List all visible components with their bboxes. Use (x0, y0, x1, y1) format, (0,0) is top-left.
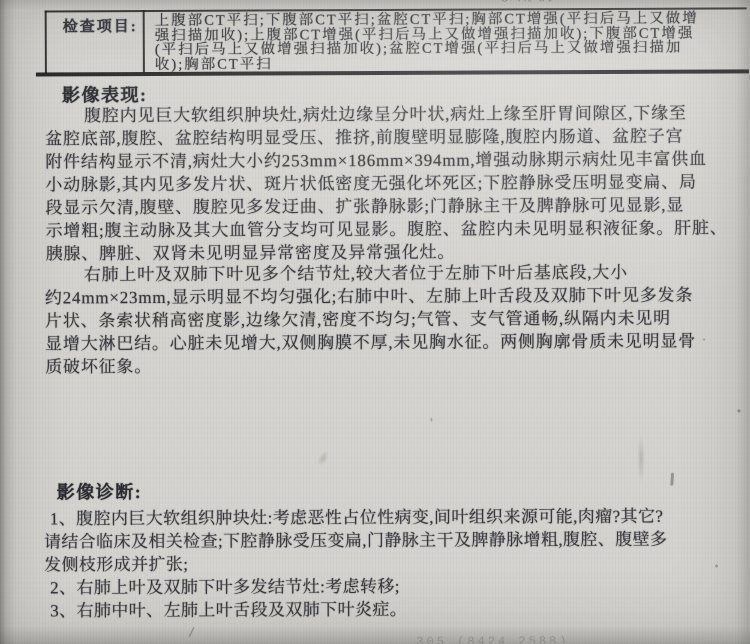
diagnosis-line: 请结合临床及相关检查;下腔静脉受压变扁,门静脉主干及脾静脉增粗,腹腔、腹壁多 (44, 527, 744, 553)
photographed-report-page: -8∶4½ 81 检查项目: 上腹部CT平扫;下腹部CT平扫;盆腔CT平扫;胸部… (0, 0, 750, 644)
findings-line: 小动脉影,其内见多发片状、斑片状低密度无强化坏死区;下腔静脉受压明显变扁、局 (45, 170, 747, 196)
findings-line: 示增粗;腹主动脉及其大血管分支均可见显影。腹腔、盆腔内未见明显积液征象。肝脏、 (46, 216, 748, 242)
exam-items-line: 收);胸部CT平扫 (155, 55, 745, 72)
findings-paragraph-1: 腹腔内见巨大软组织肿块灶,病灶边缘呈分叶状,病灶上缘至肝胃间隙区,下缘至 盆腔底… (45, 101, 748, 265)
diagnosis-line: 3、右肺中叶、左肺上叶舌段及双肺下叶炎症。 (44, 596, 744, 622)
stray-slash-mark: / (188, 625, 194, 642)
findings-line: 右肺上叶及双肺下叶见多个结节灶,较大者位于左肺下叶后基底段,大小 (45, 260, 747, 286)
findings-line: 显增大淋巴结。心脏未见增大,双侧胸膜不厚,未见胸水征。两侧胸廓骨质未见明显骨 (45, 329, 747, 355)
findings-paragraph-2: 右肺上叶及双肺下叶见多个结节灶,较大者位于左肺下叶后基底段,大小 约24mm×2… (45, 260, 747, 378)
speck (737, 409, 740, 412)
exam-items-label: 检查项目: (63, 15, 138, 36)
table-divider-rule (143, 10, 145, 73)
ink-mark (670, 473, 674, 486)
findings-line: 约24mm×23mm,显示明显不均匀强化;右肺中叶、左肺上叶舌段及双肺下叶见多发… (45, 283, 747, 309)
findings-line: 段显示欠清,腹壁、腹腔见多发迂曲、扩张静脉影;门静脉主干及脾静脉可见显影,显 (45, 193, 747, 219)
findings-line: 盆腔底部,腹腔、盆腔结构明显受压、推挤,前腹壁明显膨隆,腹腔内肠道、盆腔子宫 (45, 124, 747, 150)
bottom-edge-cutoff-text: 305 (8424 2588) (416, 634, 656, 644)
diagnosis-line: 2、右肺上叶及双肺下叶多发结节灶:考虑转移; (44, 573, 744, 599)
findings-line: 质破坏征象。 (45, 352, 747, 378)
diagnosis-list: 1、腹腔内巨大软组织肿块灶:考虑恶性占位性病变,间叶组织来源可能,肉瘤?其它? … (44, 504, 744, 622)
smudge (637, 435, 644, 483)
findings-line: 腹腔内见巨大软组织肿块灶,病灶边缘呈分叶状,病灶上缘至肝胃间隙区,下缘至 (45, 101, 747, 127)
report-sheet: -8∶4½ 81 检查项目: 上腹部CT平扫;下腹部CT平扫;盆腔CT平扫;胸部… (0, 0, 750, 644)
diagnosis-heading: 影像诊断: (57, 478, 143, 504)
exam-items-text: 上腹部CT平扫;下腹部CT平扫;盆腔CT平扫;胸部CT增强(平扫后马上又做增 强… (155, 11, 745, 72)
findings-line: 片状、条索状稍高密度影,边缘欠清,密度不均匀;气管、支气管通畅,纵隔内未见明 (45, 306, 747, 332)
findings-line: 附件结构显示不清,病灶大小约253mm×186mm×394mm,增强动脉期示病灶… (45, 147, 747, 173)
exam-items-line: (平扫后马上又做增强扫描加收);盆腔CT增强(平扫后马上又做增强扫描加 (155, 41, 745, 58)
smudge (315, 449, 330, 467)
top-edge-cutoff-text: -8∶4½ 81 (496, 0, 666, 4)
table-left-rule (45, 10, 47, 73)
speck (430, 418, 432, 422)
diagnosis-line: 1、腹腔内巨大软组织肿块灶:考虑恶性占位性病变,间叶组织来源可能,肉瘤?其它? (44, 504, 744, 530)
diagnosis-line: 发侧枝形成并扩张; (44, 550, 744, 576)
